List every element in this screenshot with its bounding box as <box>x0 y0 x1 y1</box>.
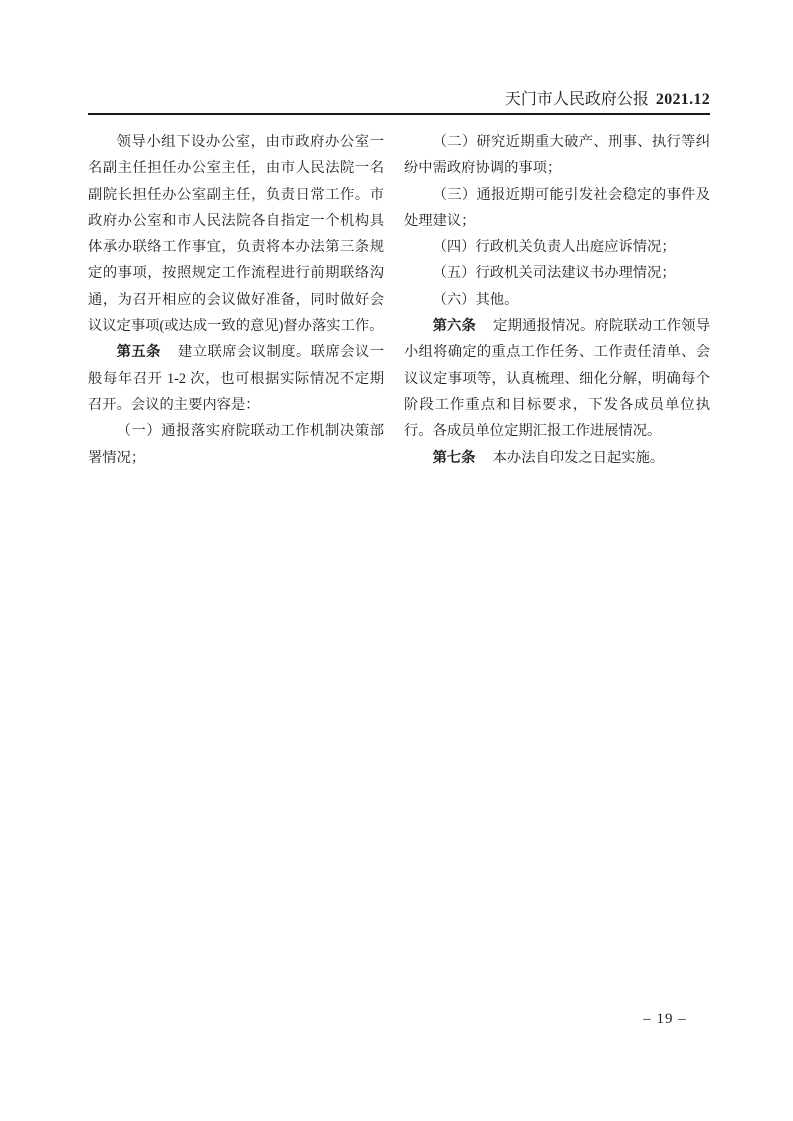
page-number: – 19 – <box>643 1011 687 1027</box>
gazette-page: 天门市人民政府公报2021.12 领导小组下设办公室，由市政府办公室一名副主任担… <box>0 0 793 1121</box>
paragraph: （五）行政机关司法建议书办理情况； <box>404 260 710 286</box>
gazette-title: 天门市人民政府公报 <box>505 91 649 108</box>
paragraph: 第五条建立联席会议制度。联席会议一般每年召开 1-2 次，也可根据实际情况不定期… <box>88 339 384 418</box>
page-header: 天门市人民政府公报2021.12 <box>88 90 710 115</box>
right-text-column: （二）研究近期重大破产、刑事、执行等纠纷中需政府协调的事项；（三）通报近期可能引… <box>404 129 710 471</box>
paragraph: （二）研究近期重大破产、刑事、执行等纠纷中需政府协调的事项； <box>404 129 710 182</box>
article-number: 第五条 <box>117 344 161 360</box>
paragraph: 第六条定期通报情况。府院联动工作领导小组将确定的重点工作任务、工作责任清单、会议… <box>404 313 710 444</box>
two-column-text-body: 领导小组下设办公室，由市政府办公室一名副主任担任办公室主任，由市人民法院一名副院… <box>88 129 710 471</box>
article-number: 第六条 <box>433 318 476 334</box>
article-number: 第七条 <box>433 450 476 466</box>
paragraph: 领导小组下设办公室，由市政府办公室一名副主任担任办公室主任，由市人民法院一名副院… <box>88 129 384 339</box>
gazette-issue-number: 2021.12 <box>656 91 710 108</box>
paragraph: （四）行政机关负责人出庭应诉情况； <box>404 234 710 260</box>
paragraph: 第七条本办法自印发之日起实施。 <box>404 445 710 471</box>
left-text-column: 领导小组下设办公室，由市政府办公室一名副主任担任办公室主任，由市人民法院一名副院… <box>88 129 384 471</box>
paragraph: （六）其他。 <box>404 287 710 313</box>
paragraph: （三）通报近期可能引发社会稳定的事件及处理建议； <box>404 182 710 235</box>
paragraph: （一）通报落实府院联动工作机制决策部署情况； <box>88 418 384 471</box>
page-footer: – 19 – <box>615 1009 715 1029</box>
